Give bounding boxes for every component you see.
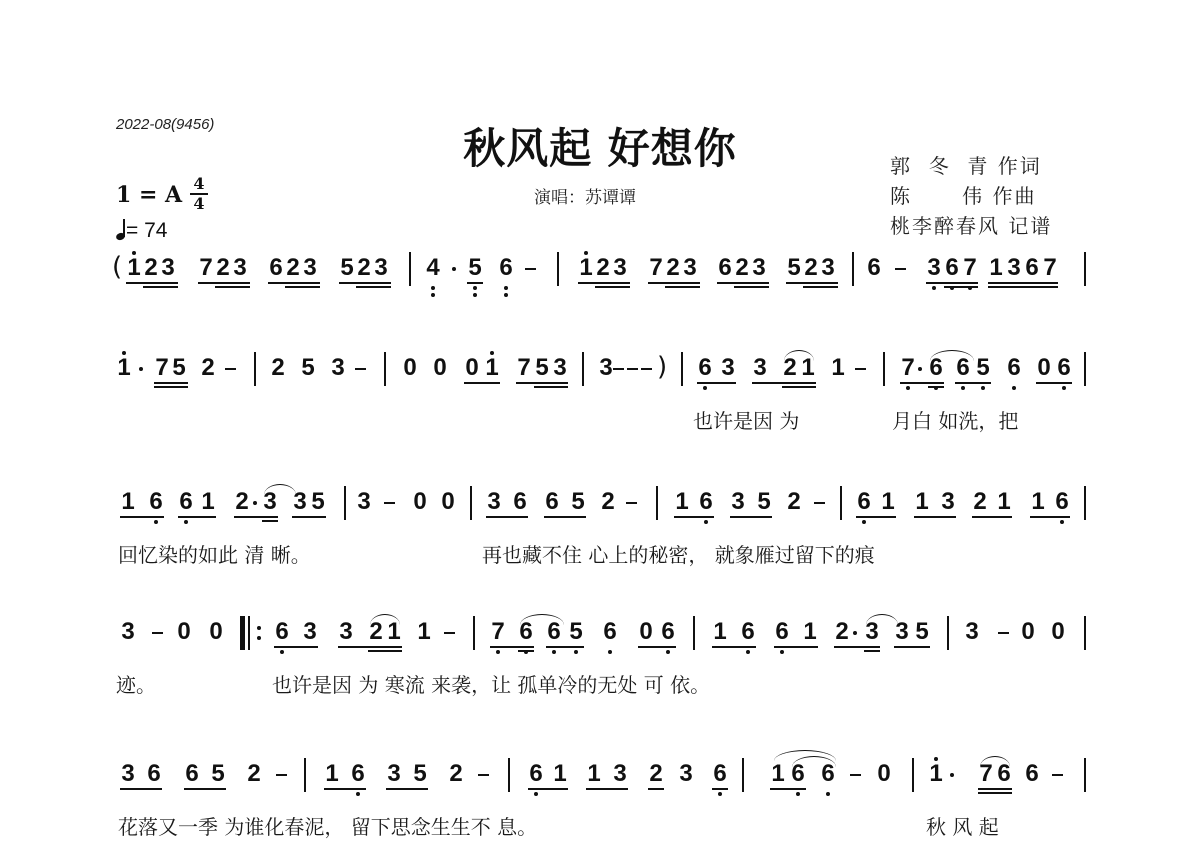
sustain-dash bbox=[613, 368, 624, 370]
sustain-dash bbox=[225, 368, 236, 370]
note: 2 bbox=[595, 256, 611, 280]
beam-underline bbox=[184, 788, 226, 790]
octave-dot-below bbox=[961, 386, 965, 390]
beam-underline bbox=[198, 282, 250, 284]
beam-underline bbox=[178, 516, 216, 518]
sustain-dash bbox=[276, 774, 287, 776]
note: 6 bbox=[856, 490, 872, 514]
beam-underline bbox=[894, 646, 930, 648]
barline bbox=[473, 616, 475, 650]
note: 5 bbox=[310, 490, 326, 514]
beam-underline bbox=[1036, 382, 1072, 384]
note: 5 bbox=[339, 256, 355, 280]
note: 5 bbox=[756, 490, 772, 514]
note: 3 bbox=[386, 762, 402, 786]
note: 3 bbox=[1006, 256, 1022, 280]
barline bbox=[254, 352, 256, 386]
beam-underline bbox=[638, 646, 676, 648]
note: 2 bbox=[734, 256, 750, 280]
sustain-dash bbox=[998, 632, 1009, 634]
barline bbox=[883, 352, 885, 386]
octave-dot-below bbox=[496, 650, 500, 654]
note: 3 bbox=[373, 256, 389, 280]
note: 0 bbox=[638, 620, 654, 644]
octave-dot-below bbox=[862, 520, 866, 524]
augmentation-dot bbox=[950, 773, 954, 777]
beam-underline bbox=[464, 382, 500, 384]
barline bbox=[840, 486, 842, 520]
octave-dot-below bbox=[473, 293, 477, 297]
note: 0 bbox=[412, 490, 428, 514]
octave-dot-below bbox=[504, 293, 508, 297]
note: 3 bbox=[302, 620, 318, 644]
octave-dot-below bbox=[932, 286, 936, 290]
note: 6 bbox=[740, 620, 756, 644]
octave-dot-below bbox=[184, 520, 188, 524]
beam-underline bbox=[578, 282, 630, 284]
beam-underline bbox=[774, 646, 818, 648]
sustain-dash bbox=[355, 368, 366, 370]
note: 6 bbox=[544, 490, 560, 514]
lyricist-credit: 郭 冬 青 作词 bbox=[890, 150, 1042, 179]
note: 6 bbox=[512, 490, 528, 514]
singer-credit: 演唱：苏谭谭 bbox=[534, 183, 636, 208]
note: 0 bbox=[440, 490, 456, 514]
note: 7 bbox=[962, 256, 978, 280]
note: 7 bbox=[900, 356, 916, 380]
note: 3 bbox=[338, 620, 354, 644]
note: 0 bbox=[176, 620, 192, 644]
note: 1 bbox=[484, 356, 500, 380]
lyric-line: 也许是因 为 bbox=[693, 410, 799, 432]
note: 3 bbox=[682, 256, 698, 280]
note: 2 bbox=[834, 620, 850, 644]
barline bbox=[912, 758, 914, 792]
beam-underline bbox=[234, 516, 278, 518]
beam-underline bbox=[786, 282, 838, 284]
note: 6 bbox=[660, 620, 676, 644]
slur bbox=[784, 350, 814, 361]
lyric-line: 再也藏不住 心上的秘密， 就象雁过留下的痕 bbox=[482, 544, 875, 566]
tempo-marking: = 74 bbox=[116, 218, 167, 243]
barline bbox=[852, 252, 854, 286]
sustain-dash bbox=[895, 268, 906, 270]
octave-dot-below bbox=[473, 286, 477, 290]
note: 6 bbox=[184, 762, 200, 786]
beam-underline bbox=[516, 382, 568, 384]
note: 0 bbox=[464, 356, 480, 380]
note: 0 bbox=[432, 356, 448, 380]
beam-underline bbox=[944, 286, 978, 288]
lyric-line: 月白 如洗，把 bbox=[892, 410, 1018, 432]
note: 0 bbox=[1020, 620, 1036, 644]
beam-underline bbox=[518, 650, 534, 652]
beam-underline bbox=[292, 516, 326, 518]
beam-underline bbox=[120, 516, 164, 518]
note: 3 bbox=[160, 256, 176, 280]
barline bbox=[742, 758, 744, 792]
barline bbox=[947, 616, 949, 650]
note: 3 bbox=[678, 762, 694, 786]
octave-dot-above bbox=[122, 351, 126, 355]
octave-dot-below bbox=[703, 386, 707, 390]
note: 6 bbox=[866, 256, 882, 280]
octave-dot-below bbox=[704, 520, 708, 524]
slur bbox=[520, 614, 564, 625]
barline bbox=[1084, 758, 1086, 792]
note: 1 bbox=[116, 356, 132, 380]
note: 3 bbox=[302, 256, 318, 280]
note: 1 bbox=[830, 356, 846, 380]
sustain-dash bbox=[627, 368, 638, 370]
octave-dot-below bbox=[906, 386, 910, 390]
sustain-dash bbox=[152, 632, 163, 634]
beam-underline bbox=[712, 646, 756, 648]
note: 3 bbox=[940, 490, 956, 514]
octave-dot-below bbox=[1060, 520, 1064, 524]
note: 7 bbox=[154, 356, 170, 380]
octave-dot-above bbox=[934, 757, 938, 761]
beam-underline bbox=[546, 646, 584, 648]
augmentation-dot bbox=[253, 501, 257, 505]
note: 6 bbox=[146, 762, 162, 786]
note: 1 bbox=[880, 490, 896, 514]
beam-underline bbox=[648, 788, 664, 790]
note: 4 bbox=[425, 256, 441, 280]
beam-underline bbox=[486, 516, 528, 518]
beam-underline bbox=[490, 646, 534, 648]
beam-underline bbox=[734, 286, 769, 288]
barline bbox=[344, 486, 346, 520]
note: 3 bbox=[120, 762, 136, 786]
beam-underline bbox=[730, 516, 772, 518]
beam-underline bbox=[900, 382, 944, 384]
beam-underline bbox=[712, 788, 728, 790]
note: 1 bbox=[578, 256, 594, 280]
note: 1 bbox=[200, 490, 216, 514]
lyric-line: 花落又一季 为谁化春泥， 留下思念生生不 息。 bbox=[118, 816, 537, 838]
note: 3 bbox=[926, 256, 942, 280]
beam-underline bbox=[534, 386, 568, 388]
beam-underline bbox=[154, 386, 188, 388]
octave-dot-below bbox=[608, 650, 612, 654]
note: 2 bbox=[234, 490, 250, 514]
barline bbox=[304, 758, 306, 792]
note: 5 bbox=[412, 762, 428, 786]
note: 0 bbox=[876, 762, 892, 786]
barline bbox=[1084, 486, 1086, 520]
barline bbox=[656, 486, 658, 520]
beam-underline bbox=[717, 282, 769, 284]
sustain-dash bbox=[626, 502, 637, 504]
beam-underline bbox=[770, 788, 806, 790]
barline bbox=[1084, 616, 1086, 650]
octave-dot-above bbox=[132, 251, 136, 255]
note: 1 bbox=[802, 620, 818, 644]
beam-underline bbox=[864, 650, 880, 652]
note: 3 bbox=[751, 256, 767, 280]
beam-underline bbox=[978, 792, 1012, 794]
beam-underline bbox=[356, 286, 391, 288]
note: 1 bbox=[1030, 490, 1046, 514]
note: 3 bbox=[612, 762, 628, 786]
note: 6 bbox=[498, 256, 514, 280]
lyric-line: 也许是因 为 寒流 来袭，让 孤单冷的无处 可 依。 bbox=[272, 674, 710, 696]
beam-underline bbox=[528, 788, 568, 790]
beam-underline bbox=[648, 282, 700, 284]
sustain-dash bbox=[478, 774, 489, 776]
beam-underline bbox=[285, 286, 320, 288]
octave-dot-above bbox=[490, 351, 494, 355]
octave-dot-below bbox=[534, 792, 538, 796]
beam-underline bbox=[988, 286, 1058, 288]
note: 1 bbox=[120, 490, 136, 514]
augmentation-dot bbox=[853, 631, 857, 635]
note: 5 bbox=[570, 490, 586, 514]
octave-dot-below bbox=[574, 650, 578, 654]
note: 3 bbox=[356, 490, 372, 514]
note: 6 bbox=[944, 256, 960, 280]
note: 1 bbox=[996, 490, 1012, 514]
beam-underline bbox=[1030, 516, 1070, 518]
beam-underline bbox=[955, 382, 991, 384]
beam-underline bbox=[595, 286, 630, 288]
note: 6 bbox=[1024, 762, 1040, 786]
beam-underline bbox=[386, 788, 428, 790]
note: 6 bbox=[1024, 256, 1040, 280]
note: 3 bbox=[720, 356, 736, 380]
note: 3 bbox=[752, 356, 768, 380]
repeat-dot bbox=[257, 636, 261, 640]
beam-underline bbox=[752, 382, 816, 384]
note: 1 bbox=[324, 762, 340, 786]
note: 2 bbox=[285, 256, 301, 280]
time-signature-top: 4 bbox=[190, 176, 208, 192]
note: 6 bbox=[178, 490, 194, 514]
note: 0 bbox=[1036, 356, 1052, 380]
sustain-dash bbox=[850, 774, 861, 776]
sustain-dash bbox=[1052, 774, 1063, 776]
sustain-dash bbox=[384, 502, 395, 504]
note: 6 bbox=[268, 256, 284, 280]
note: 5 bbox=[467, 256, 483, 280]
note: 1 bbox=[586, 762, 602, 786]
note: 7 bbox=[1042, 256, 1058, 280]
beam-underline bbox=[988, 282, 1058, 284]
note: 1 bbox=[914, 490, 930, 514]
note: 7 bbox=[648, 256, 664, 280]
octave-dot-below bbox=[504, 286, 508, 290]
beam-underline bbox=[586, 788, 628, 790]
barline bbox=[470, 486, 472, 520]
octave-dot-below bbox=[1062, 386, 1066, 390]
beam-underline bbox=[926, 282, 978, 284]
note: 3 bbox=[964, 620, 980, 644]
note: 0 bbox=[1050, 620, 1066, 644]
octave-dot-below bbox=[826, 792, 830, 796]
note: 2 bbox=[600, 490, 616, 514]
note: 6 bbox=[274, 620, 290, 644]
note: 2 bbox=[270, 356, 286, 380]
note: 3 bbox=[552, 356, 568, 380]
note: 5 bbox=[786, 256, 802, 280]
note: 1 bbox=[552, 762, 568, 786]
note: 2 bbox=[356, 256, 372, 280]
note: 3 bbox=[486, 490, 502, 514]
beam-underline bbox=[928, 386, 944, 388]
time-signature: 4 4 bbox=[190, 176, 208, 212]
note: 6 bbox=[350, 762, 366, 786]
sustain-dash bbox=[814, 502, 825, 504]
barline bbox=[681, 352, 683, 386]
beam-underline bbox=[274, 646, 318, 648]
slur bbox=[370, 614, 400, 625]
note: 1 bbox=[770, 762, 786, 786]
quarter-note-icon bbox=[116, 218, 126, 240]
beam-underline bbox=[467, 282, 483, 284]
lyric-line: 秋 风 起 bbox=[926, 816, 999, 838]
octave-dot-below bbox=[780, 650, 784, 654]
beam-underline bbox=[143, 286, 178, 288]
note: 5 bbox=[914, 620, 930, 644]
note: 2 bbox=[448, 762, 464, 786]
note: 2 bbox=[648, 762, 664, 786]
sustain-dash bbox=[641, 368, 652, 370]
note: 2 bbox=[143, 256, 159, 280]
key-text: 1 = A bbox=[116, 182, 182, 208]
note: 5 bbox=[568, 620, 584, 644]
repeat-bar-thick bbox=[240, 616, 245, 650]
note: 7 bbox=[490, 620, 506, 644]
note: 3 bbox=[612, 256, 628, 280]
note: 3 bbox=[598, 356, 614, 380]
note: 3 bbox=[120, 620, 136, 644]
slur bbox=[866, 614, 898, 625]
octave-dot-above bbox=[584, 251, 588, 255]
note: 5 bbox=[975, 356, 991, 380]
note: 6 bbox=[1006, 356, 1022, 380]
beam-underline bbox=[368, 650, 402, 652]
note: 2 bbox=[665, 256, 681, 280]
octave-dot-below bbox=[356, 792, 360, 796]
note: 5 bbox=[534, 356, 550, 380]
beam-underline bbox=[339, 282, 391, 284]
note: 2 bbox=[803, 256, 819, 280]
note: 1 bbox=[988, 256, 1004, 280]
slur bbox=[930, 350, 974, 361]
augmentation-dot bbox=[918, 367, 922, 371]
sustain-dash bbox=[444, 632, 455, 634]
note: 7 bbox=[198, 256, 214, 280]
note: 6 bbox=[774, 620, 790, 644]
tempo-value: = 74 bbox=[126, 219, 167, 242]
note: 3 bbox=[232, 256, 248, 280]
bracket: ) bbox=[657, 354, 667, 380]
beam-underline bbox=[803, 286, 838, 288]
note: 6 bbox=[697, 356, 713, 380]
note: 6 bbox=[1056, 356, 1072, 380]
sustain-dash bbox=[525, 268, 536, 270]
note: 5 bbox=[171, 356, 187, 380]
beam-underline bbox=[324, 788, 366, 790]
repeat-bar-thin bbox=[248, 616, 250, 650]
note: 1 bbox=[928, 762, 944, 786]
beam-underline bbox=[834, 646, 880, 648]
beam-underline bbox=[215, 286, 250, 288]
octave-dot-below bbox=[666, 650, 670, 654]
beam-underline bbox=[544, 516, 586, 518]
augmentation-dot bbox=[452, 267, 456, 271]
note: 1 bbox=[126, 256, 142, 280]
beam-underline bbox=[268, 282, 320, 284]
lyric-line: 迹。 bbox=[116, 674, 156, 696]
beam-underline bbox=[338, 646, 402, 648]
barline bbox=[384, 352, 386, 386]
beam-underline bbox=[120, 788, 162, 790]
beam-underline bbox=[782, 386, 816, 388]
lyric-line: 回忆染的如此 清 晰。 bbox=[118, 544, 311, 566]
augmentation-dot bbox=[139, 367, 143, 371]
note: 1 bbox=[674, 490, 690, 514]
note: 3 bbox=[330, 356, 346, 380]
sustain-dash bbox=[855, 368, 866, 370]
note: 2 bbox=[246, 762, 262, 786]
barline bbox=[1084, 352, 1086, 386]
octave-dot-below bbox=[1012, 386, 1016, 390]
note: 6 bbox=[698, 490, 714, 514]
beam-underline bbox=[697, 382, 736, 384]
beam-underline bbox=[972, 516, 1012, 518]
note: 3 bbox=[730, 490, 746, 514]
octave-dot-below bbox=[746, 650, 750, 654]
note: 6 bbox=[602, 620, 618, 644]
note: 2 bbox=[786, 490, 802, 514]
octave-dot-below bbox=[796, 792, 800, 796]
slur bbox=[980, 756, 1010, 767]
key-signature: 1 = A bbox=[116, 182, 182, 208]
barline bbox=[557, 252, 559, 286]
octave-dot-below bbox=[431, 293, 435, 297]
bracket: ( bbox=[112, 254, 122, 280]
barline bbox=[693, 616, 695, 650]
note: 6 bbox=[528, 762, 544, 786]
note: 6 bbox=[717, 256, 733, 280]
note: 1 bbox=[712, 620, 728, 644]
slur bbox=[264, 484, 296, 495]
note: 5 bbox=[210, 762, 226, 786]
beam-underline bbox=[674, 516, 714, 518]
note: 2 bbox=[972, 490, 988, 514]
note: 7 bbox=[516, 356, 532, 380]
note: 6 bbox=[712, 762, 728, 786]
beam-underline bbox=[914, 516, 956, 518]
beam-underline bbox=[665, 286, 700, 288]
octave-dot-below bbox=[718, 792, 722, 796]
note: 0 bbox=[402, 356, 418, 380]
barline bbox=[409, 252, 411, 286]
note: 2 bbox=[215, 256, 231, 280]
note: 0 bbox=[208, 620, 224, 644]
composer-credit: 陈 伟 作曲 bbox=[890, 180, 1037, 209]
time-signature-bottom: 4 bbox=[190, 196, 208, 212]
note: 1 bbox=[416, 620, 432, 644]
note: 2 bbox=[200, 356, 216, 380]
beam-underline bbox=[262, 520, 278, 522]
transcriber-credit: 桃李醉春风 记谱 bbox=[890, 210, 1052, 239]
beam-underline bbox=[154, 382, 188, 384]
note: 5 bbox=[300, 356, 316, 380]
octave-dot-below bbox=[154, 520, 158, 524]
